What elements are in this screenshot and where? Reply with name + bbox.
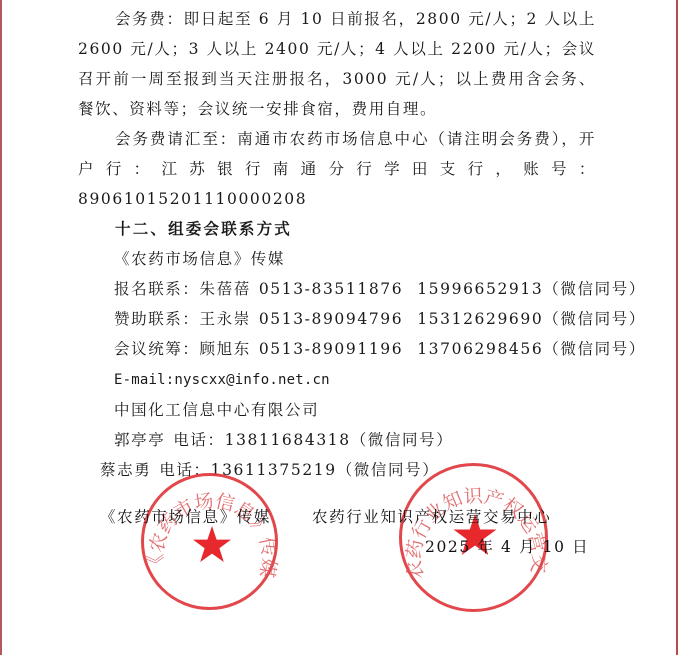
seal-left-graphic: 《农药市场信息》传媒 xyxy=(144,476,281,613)
email-link[interactable]: E-mail:nyscxx@info.net.cn xyxy=(114,372,330,388)
signature-date: 2025 年 4 月 10 日 xyxy=(425,535,589,557)
contact-phone: 0513-89091196 xyxy=(259,340,403,358)
contact-note: （微信同号） xyxy=(543,280,646,298)
section-heading: 十二、组委会联系方式 xyxy=(78,214,596,244)
remittance-paragraph: 会务费请汇至：南通市农药市场信息中心（请注明会务费），开户行：江苏银行南通分行学… xyxy=(78,124,596,214)
contact-mobile: 13811684318 xyxy=(225,431,351,449)
contact-role: 赞助联系： xyxy=(114,310,200,328)
signature-left: 《农药市场信息》传媒 xyxy=(100,505,271,527)
organizer1-name: 《农药市场信息》传媒 xyxy=(78,244,596,274)
contact-phone: 0513-83511876 xyxy=(259,280,403,298)
contact-row: 报名联系：朱蓓蓓0513-8351187615996652913（微信同号） xyxy=(78,274,596,304)
email-row: E-mail:nyscxx@info.net.cn xyxy=(78,364,596,395)
contact-note: （微信同号） xyxy=(543,310,646,328)
contact-mobile: 15996652913 xyxy=(417,280,543,298)
contact-row: 郭亭亭电话：13811684318（微信同号） xyxy=(78,425,596,455)
contact-role: 会议统筹： xyxy=(114,340,200,358)
signature-right: 农药行业知识产权运营交易中心 xyxy=(312,505,551,527)
contact-mobile: 13706298456 xyxy=(417,340,543,358)
contact-row: 赞助联系：王永崇0513-8909479615312629690（微信同号） xyxy=(78,304,596,334)
contact-note: （微信同号） xyxy=(351,431,454,449)
fee-paragraph: 会务费：即日起至 6 月 10 日前报名，2800 元/人；2 人以上 2600… xyxy=(78,4,596,124)
contact-person: 朱蓓蓓 xyxy=(200,280,251,298)
organizer2-name: 中国化工信息中心有限公司 xyxy=(78,395,596,425)
contact-row: 会议统筹：顾旭东0513-8909119613706298456（微信同号） xyxy=(78,334,596,364)
contact-phone: 0513-89094796 xyxy=(259,310,403,328)
document-body: 会务费：即日起至 6 月 10 日前报名，2800 元/人；2 人以上 2600… xyxy=(78,4,596,485)
contact-label: 电话： xyxy=(173,431,224,449)
star-icon xyxy=(193,526,231,562)
contact-mobile: 15312629690 xyxy=(417,310,543,328)
contact-person: 郭亭亭 xyxy=(114,431,165,449)
contact-note: （微信同号） xyxy=(543,340,646,358)
page-border-left xyxy=(0,0,2,655)
contact-role: 报名联系： xyxy=(114,280,200,298)
contact-person: 王永崇 xyxy=(200,310,251,328)
page-border-right xyxy=(676,0,678,655)
official-seal-left: 《农药市场信息》传媒 xyxy=(141,473,278,610)
contact-person: 顾旭东 xyxy=(200,340,251,358)
